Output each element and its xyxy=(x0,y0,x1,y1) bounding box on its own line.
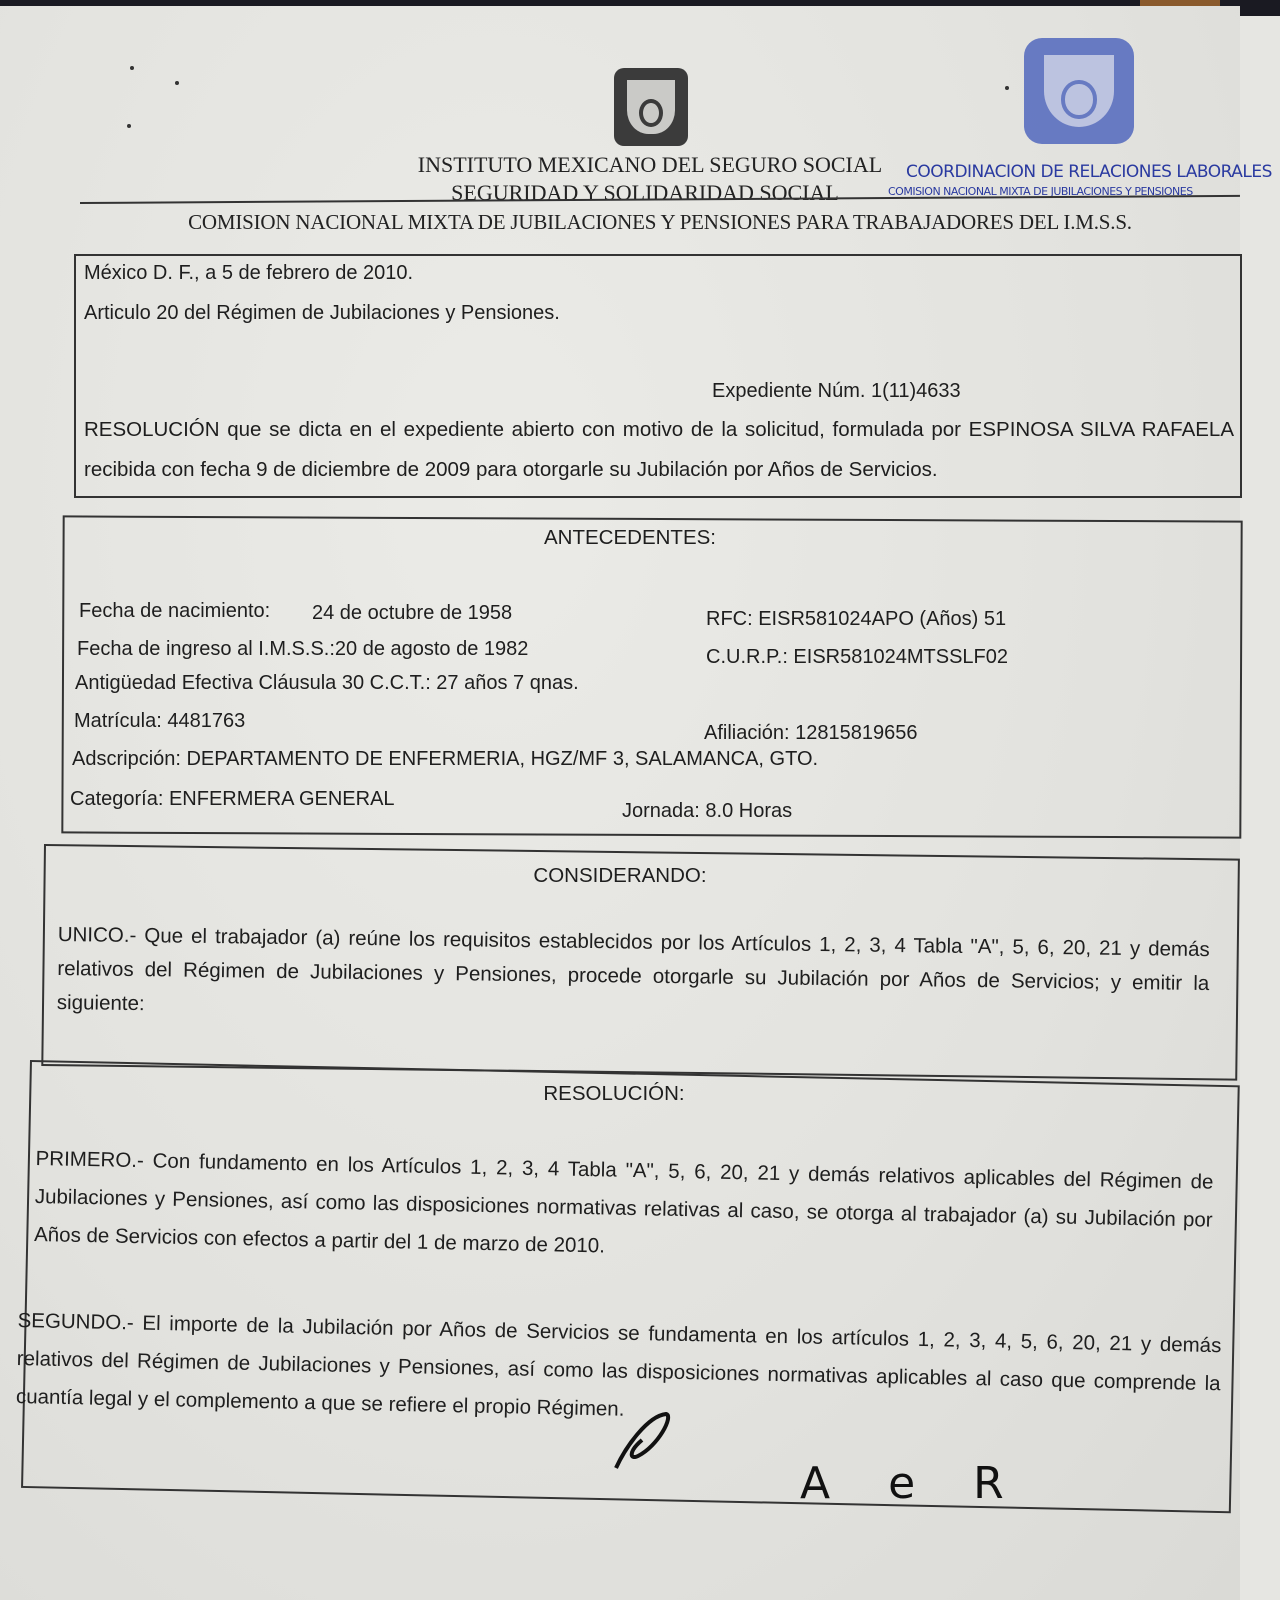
birth-date-label: Fecha de nacimiento: xyxy=(79,600,270,623)
expediente-number: Expediente Núm. 1(11)4633 xyxy=(712,380,961,403)
antecedentes-title: ANTECEDENTES: xyxy=(480,526,780,550)
antiguedad-value: Antigüedad Efectiva Cláusula 30 C.C.T.: … xyxy=(75,672,579,695)
paper-speck xyxy=(127,124,131,128)
birth-date-value: 24 de octubre de 1958 xyxy=(312,602,512,625)
ingreso-date: Fecha de ingreso al I.M.S.S.:20 de agost… xyxy=(77,638,528,661)
handwritten-initials: A e R xyxy=(800,1458,1026,1509)
institution-motto: SEGURIDAD Y SOLIDARIDAD SOCIAL xyxy=(420,180,870,206)
handwritten-scribble xyxy=(608,1406,678,1476)
paper-speck xyxy=(175,81,179,85)
resolution-intro-text: RESOLUCIÓN que se dicta en el expediente… xyxy=(84,410,1234,490)
paper-speck xyxy=(130,66,134,70)
matricula-value: Matrícula: 4481763 xyxy=(74,710,245,733)
resolucion-title: RESOLUCIÓN: xyxy=(464,1082,764,1106)
commission-title: COMISION NACIONAL MIXTA DE JUBILACIONES … xyxy=(120,210,1200,235)
imss-logo-icon xyxy=(614,68,688,146)
document-page: INSTITUTO MEXICANO DEL SEGURO SOCIAL SEG… xyxy=(0,6,1240,1600)
adscripcion-value: Adscripción: DEPARTAMENTO DE ENFERMERIA,… xyxy=(72,748,818,771)
considerando-title: CONSIDERANDO: xyxy=(470,864,770,888)
place-date: México D. F., a 5 de febrero de 2010. xyxy=(84,262,413,285)
institution-name: INSTITUTO MEXICANO DEL SEGURO SOCIAL xyxy=(400,152,900,178)
jornada-value: Jornada: 8.0 Horas xyxy=(622,800,792,823)
afiliacion-value: Afiliación: 12815819656 xyxy=(704,722,918,745)
imss-stamp-logo-icon xyxy=(1024,38,1134,144)
categoria-value: Categoría: ENFERMERA GENERAL xyxy=(70,788,395,811)
paper-speck xyxy=(1005,86,1009,90)
stamp-line-1: COORDINACION DE RELACIONES LABORALES xyxy=(906,162,1280,182)
curp-value: C.U.R.P.: EISR581024MTSSLF02 xyxy=(706,646,1008,669)
resolucion-primero-text: PRIMERO.- Con fundamento en los Artículo… xyxy=(34,1140,1214,1278)
considerando-unico-text: UNICO.- Que el trabajador (a) reúne los … xyxy=(57,918,1210,1035)
article-reference: Articulo 20 del Régimen de Jubilaciones … xyxy=(84,302,560,325)
rfc-value: RFC: EISR581024APO (Años) 51 xyxy=(706,608,1006,631)
